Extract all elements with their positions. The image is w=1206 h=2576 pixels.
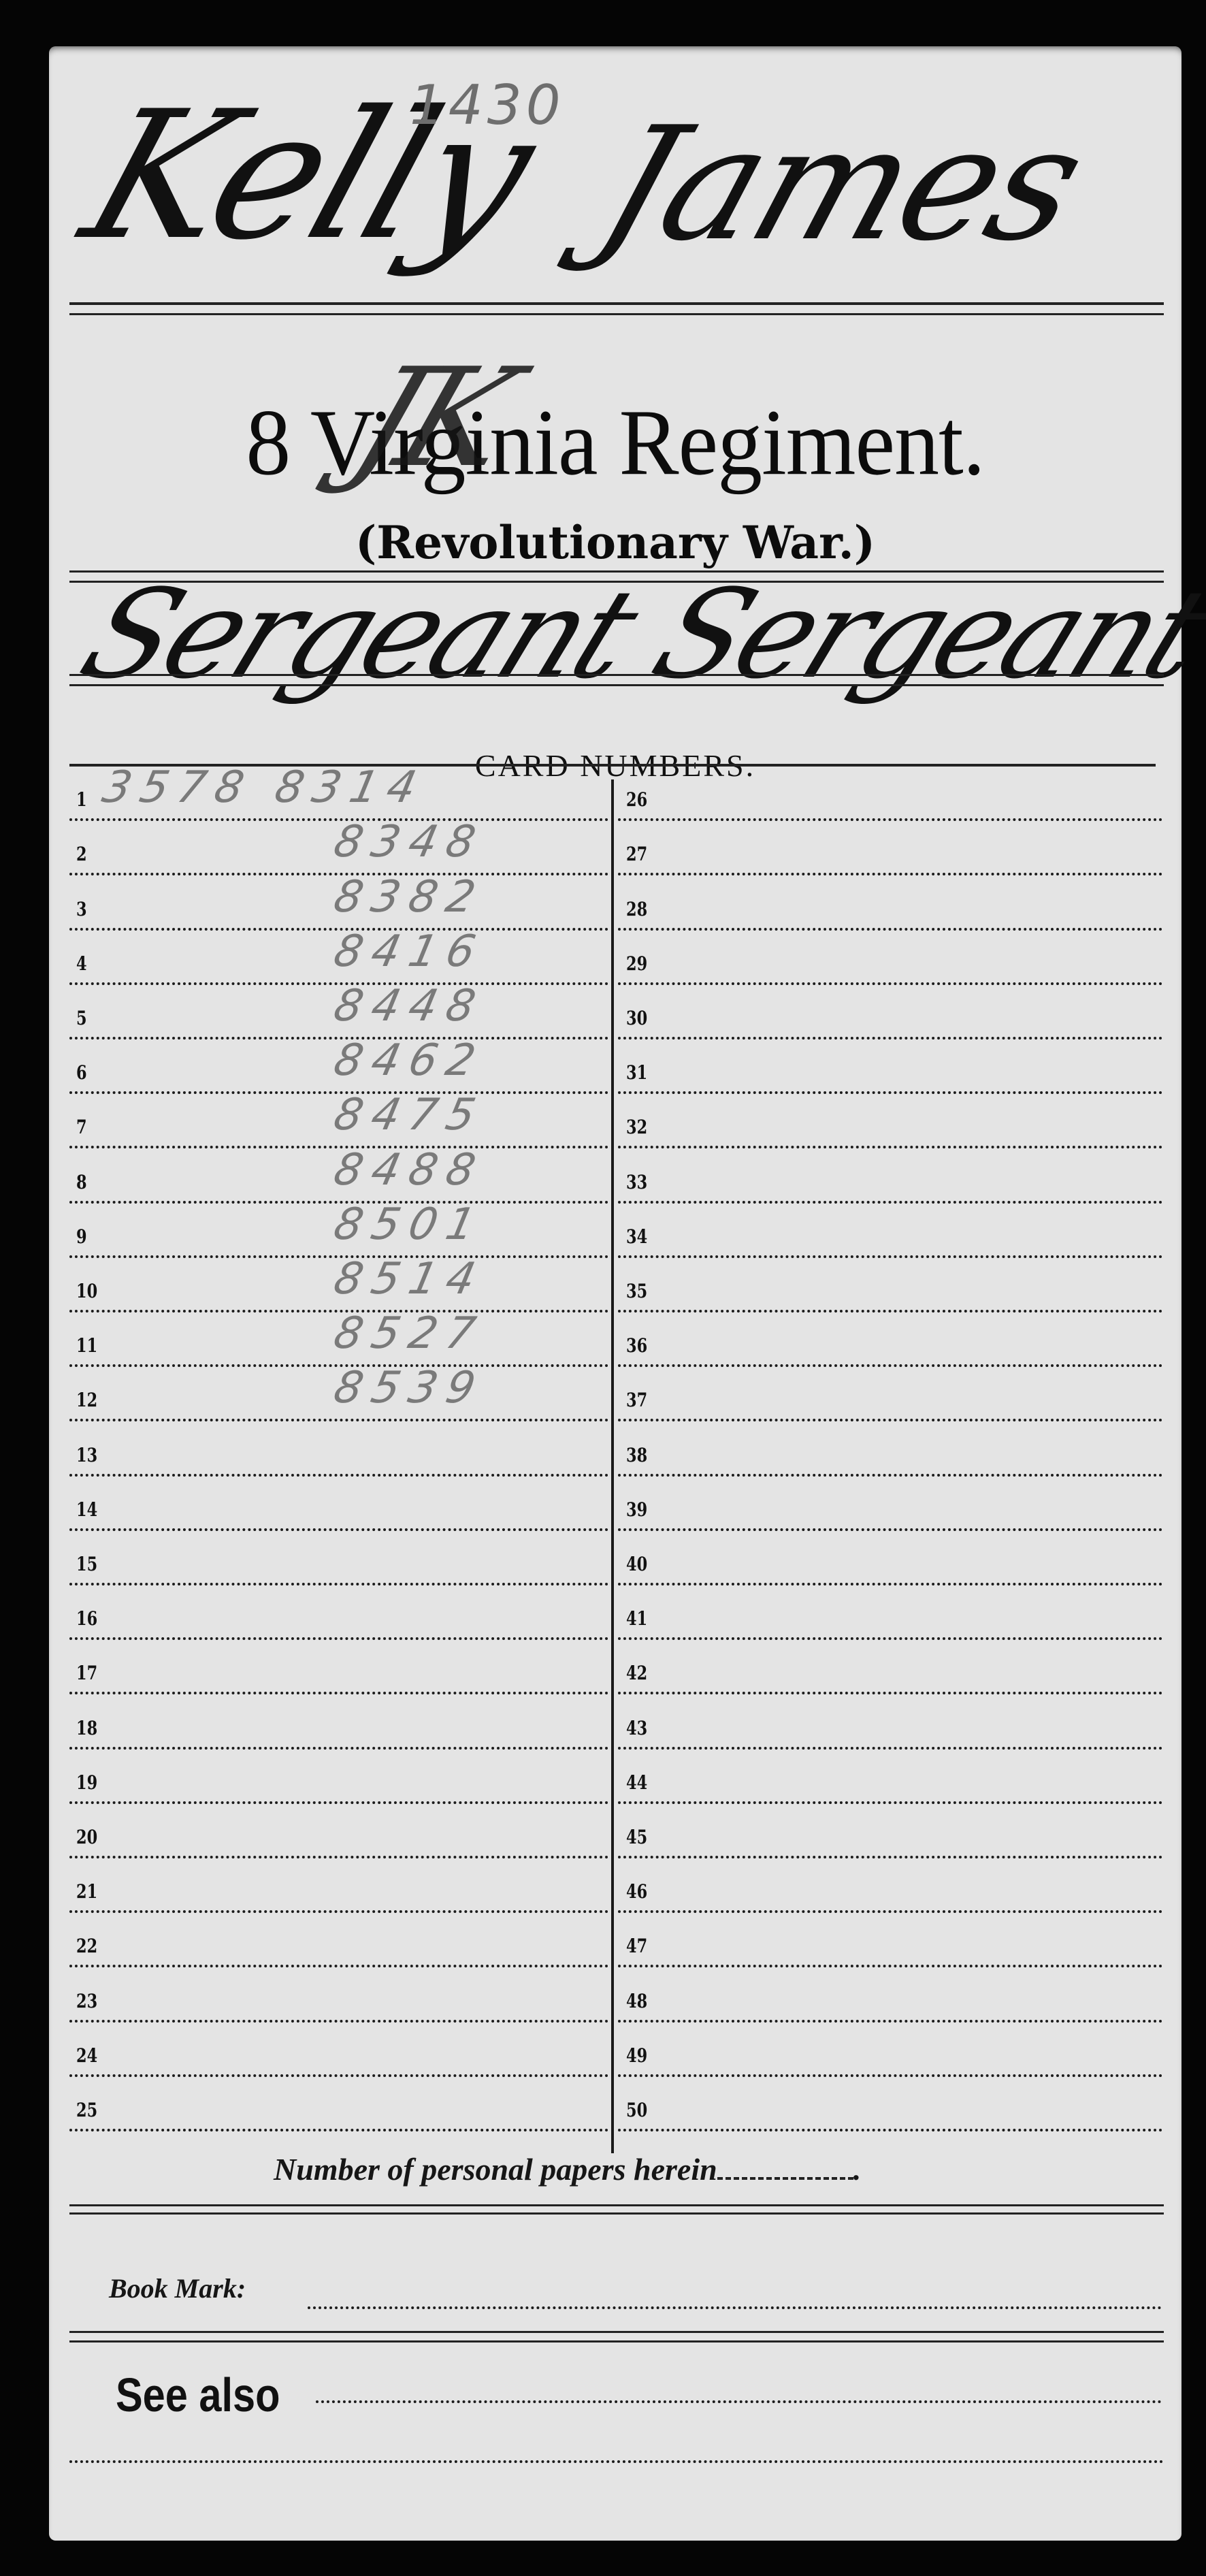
file-number-pencil: 1430: [410, 74, 565, 137]
card-number-value[interactable]: 8501: [329, 1200, 489, 1250]
row-number: 14: [76, 1498, 97, 1521]
row-line: [618, 1364, 1162, 1367]
given-name-handwritten: James: [580, 94, 1103, 276]
card-number-value[interactable]: 8382: [329, 872, 489, 922]
footer-rule-1: [69, 2204, 1164, 2206]
row-line: [618, 1255, 1162, 1258]
row-number: 33: [626, 1171, 647, 1193]
row-number: 38: [626, 1444, 647, 1466]
book-mark-field[interactable]: [308, 2306, 1162, 2309]
row-line: [69, 2020, 608, 2023]
row-number: 15: [76, 1553, 97, 1575]
card-number-value[interactable]: 8416: [329, 927, 489, 977]
row-number: 49: [626, 2044, 647, 2067]
row-number: 28: [626, 898, 647, 920]
card-number-value[interactable]: 8527: [329, 1308, 489, 1359]
row-number: 6: [76, 1061, 87, 1084]
row-line: [618, 1201, 1162, 1204]
row-number: 3: [76, 898, 87, 920]
row-number: 50: [626, 2099, 647, 2121]
card-number-value[interactable]: 8514: [329, 1254, 489, 1304]
row-number: 9: [76, 1225, 87, 1248]
personal-papers-field[interactable]: [717, 2150, 853, 2180]
row-number: 46: [626, 1880, 647, 1903]
row-line: [618, 1310, 1162, 1313]
row-number: 24: [76, 2044, 97, 2067]
row-number: 5: [76, 1007, 87, 1029]
card-number-value[interactable]: 8475: [329, 1090, 489, 1140]
row-line: [69, 1692, 608, 1694]
row-line: [618, 1692, 1162, 1694]
card-number-value[interactable]: 8348: [329, 817, 489, 867]
row-number: 22: [76, 1935, 97, 1957]
row-line: [618, 2074, 1162, 2077]
row-line: [618, 1747, 1162, 1750]
row-line: [69, 1528, 608, 1531]
row-line: [69, 1801, 608, 1804]
row-number: 20: [76, 1826, 97, 1848]
card-number-value[interactable]: 3578 8314: [98, 762, 430, 813]
row-number: 45: [626, 1826, 647, 1848]
column-divider: [611, 779, 614, 2153]
row-line: [618, 1037, 1162, 1040]
row-number: 36: [626, 1334, 647, 1357]
row-number: 29: [626, 952, 647, 975]
row-line: [618, 1910, 1162, 1913]
see-also-field[interactable]: [316, 2400, 1162, 2403]
row-number: 41: [626, 1607, 647, 1630]
see-also-field-line-2[interactable]: [69, 2460, 1164, 2463]
row-number: 27: [626, 843, 647, 865]
row-number: 7: [76, 1116, 87, 1138]
row-line: [69, 2129, 608, 2131]
row-number: 26: [626, 788, 647, 811]
row-number: 30: [626, 1007, 647, 1029]
row-number: 39: [626, 1498, 647, 1521]
row-number: 34: [626, 1225, 647, 1248]
name-rule-bottom: [69, 313, 1164, 315]
row-number: 2: [76, 843, 87, 865]
row-line: [618, 982, 1162, 985]
card-number-value[interactable]: 8448: [329, 981, 489, 1031]
row-line: [69, 1419, 608, 1421]
personal-papers-label: Number of personal papers herein.: [274, 2150, 861, 2187]
row-number: 13: [76, 1444, 97, 1466]
row-number: 11: [76, 1334, 97, 1357]
row-line: [618, 1637, 1162, 1640]
personal-papers-text: Number of personal papers herein: [274, 2152, 717, 2187]
row-line: [69, 1910, 608, 1913]
record-card: Kelly James 1430 8 Virginia Regiment. J …: [49, 46, 1181, 2541]
see-also-label: See also: [116, 2368, 280, 2422]
row-line: [618, 873, 1162, 875]
row-number: 19: [76, 1771, 97, 1794]
row-line: [69, 1474, 608, 1477]
row-line: [69, 2074, 608, 2077]
war-subtitle: (Revolutionary War.): [49, 516, 1181, 569]
row-line: [618, 818, 1162, 821]
row-number: 44: [626, 1771, 647, 1794]
row-number: 48: [626, 1990, 647, 2012]
row-line: [618, 1146, 1162, 1148]
card-number-value[interactable]: 8488: [329, 1145, 489, 1195]
rank-rule-3: [69, 674, 1164, 676]
row-line: [618, 1583, 1162, 1585]
row-line: [69, 1747, 608, 1750]
regiment-title: 8 Virginia Regiment.: [49, 387, 1181, 497]
name-rule-top: [69, 302, 1164, 305]
row-line: [618, 1474, 1162, 1477]
row-number: 32: [626, 1116, 647, 1138]
row-line: [69, 1583, 608, 1585]
row-number: 8: [76, 1171, 87, 1193]
row-number: 40: [626, 1553, 647, 1575]
row-number: 1: [76, 788, 87, 811]
row-number: 17: [76, 1662, 97, 1684]
row-line: [618, 928, 1162, 931]
row-line: [618, 1965, 1162, 1967]
row-line: [69, 1637, 608, 1640]
row-number: 16: [76, 1607, 97, 1630]
footer-rule-4: [69, 2340, 1164, 2342]
row-line: [69, 1856, 608, 1858]
card-number-value[interactable]: 8462: [329, 1035, 489, 1086]
row-number: 10: [76, 1280, 97, 1302]
row-line: [618, 1856, 1162, 1858]
footer-rule-3: [69, 2331, 1164, 2333]
row-line: [618, 1091, 1162, 1094]
row-number: 23: [76, 1990, 97, 2012]
row-number: 4: [76, 952, 87, 975]
row-number: 31: [626, 1061, 647, 1084]
book-mark-label: Book Mark:: [109, 2272, 246, 2304]
row-number: 37: [626, 1389, 647, 1411]
row-line: [618, 1801, 1162, 1804]
row-line: [618, 1528, 1162, 1531]
row-number: 43: [626, 1717, 647, 1739]
row-number: 35: [626, 1280, 647, 1302]
row-number: 21: [76, 1880, 97, 1903]
card-number-value[interactable]: 8539: [329, 1363, 489, 1413]
row-line: [69, 1965, 608, 1967]
footer-rule-2: [69, 2212, 1164, 2215]
row-number: 12: [76, 1389, 97, 1411]
row-line: [618, 1419, 1162, 1421]
personal-papers-period: .: [853, 2152, 862, 2187]
row-line: [618, 2129, 1162, 2131]
row-number: 18: [76, 1717, 97, 1739]
row-line: [618, 2020, 1162, 2023]
row-number: 47: [626, 1935, 647, 1957]
row-number: 25: [76, 2099, 97, 2121]
rank-rule-4: [69, 684, 1164, 686]
row-number: 42: [626, 1662, 647, 1684]
